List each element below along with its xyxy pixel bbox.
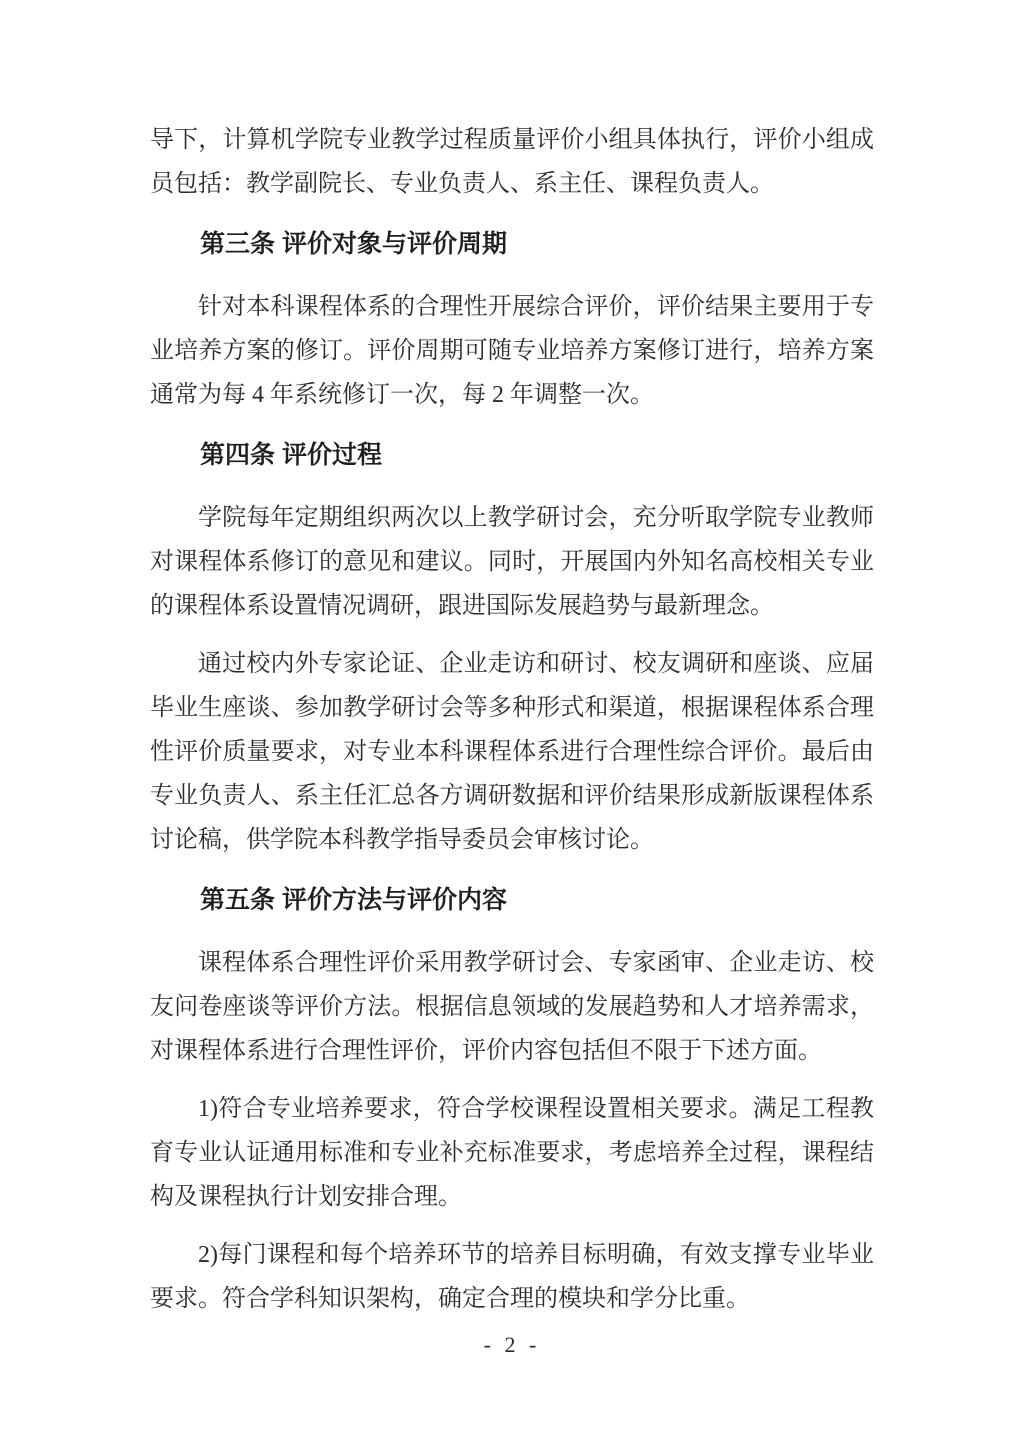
paragraph: 学院每年定期组织两次以上教学研讨会，充分听取学院专业教师对课程体系修订的意见和建… — [150, 496, 874, 628]
document-text-block: 导下，计算机学院专业教学过程质量评价小组具体执行，评价小组成员包括：教学副院长、… — [150, 118, 874, 1335]
paragraph: 1)符合专业培养要求，符合学校课程设置相关要求。满足工程教育专业认证通用标准和专… — [150, 1087, 874, 1219]
paragraph: 2)每门课程和每个培养环节的培养目标明确，有效支撑专业毕业要求。符合学科知识架构… — [150, 1233, 874, 1321]
section-heading: 第五条 评价方法与评价内容 — [150, 878, 874, 922]
document-page: 导下，计算机学院专业教学过程质量评价小组具体执行，评价小组成员包括：教学副院长、… — [0, 0, 1024, 1448]
paragraph-continued: 导下，计算机学院专业教学过程质量评价小组具体执行，评价小组成员包括：教学副院长、… — [150, 118, 874, 206]
section-heading: 第三条 评价对象与评价周期 — [150, 222, 874, 266]
paragraph: 针对本科课程体系的合理性开展综合评价，评价结果主要用于专业培养方案的修订。评价周… — [150, 285, 874, 417]
paragraph: 课程体系合理性评价采用教学研讨会、专家函审、企业走访、校友问卷座谈等评价方法。根… — [150, 941, 874, 1073]
paragraph: 通过校内外专家论证、企业走访和研讨、校友调研和座谈、应届毕业生座谈、参加教学研讨… — [150, 642, 874, 862]
section-heading: 第四条 评价过程 — [150, 433, 874, 477]
page-number: - 2 - — [0, 1332, 1024, 1358]
